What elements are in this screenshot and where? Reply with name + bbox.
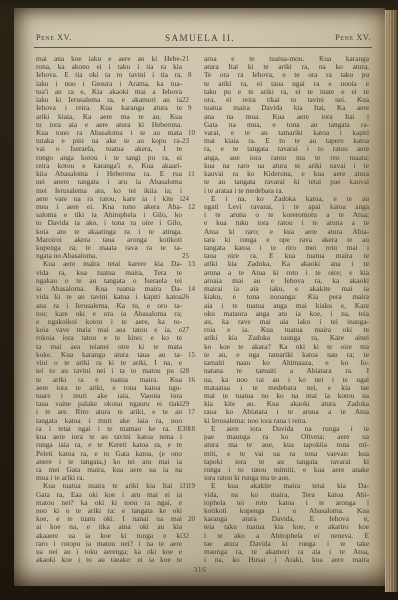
verse-number: 15 [188,351,202,359]
page-number: 316 [14,565,386,574]
book-fore-edge [385,10,398,592]
verse-number: 27 [182,326,196,334]
verse-number: 8 [188,71,202,79]
verse-number: 30 [182,425,196,433]
verse-number: 31 [182,482,196,490]
verse-number: 17 [188,408,202,416]
text-line: i na, ko Husai i Araki, kua aere maira [204,556,369,564]
verse-number: 13 [188,260,202,268]
verse-number: 16 [188,376,202,384]
verse-number: 23 [182,137,196,145]
verse-number: 28 [182,367,196,375]
running-head-title: SAMUELA II. [14,33,386,43]
running-head-right: Pene XV. [335,33,371,42]
verse-number: 9 [188,104,202,112]
verse-number: 29 [182,400,196,408]
verse-number: 32 [182,532,196,540]
verse-number: 21 [182,55,196,63]
verse-number: 26 [182,293,196,301]
verse-number: 24 [182,195,196,203]
verse-number: 10 [188,129,202,137]
book-scan: Pene XV. SAMUELA II. Pene XV. mai ana ko… [0,0,398,600]
verse-number: 20 [188,515,202,523]
verse-number: 14 [188,285,202,293]
text-line: akaoki koe i to au taeake: ei ia koe te [36,556,182,564]
header-rule [34,47,372,48]
page: Pene XV. SAMUELA II. Pene XV. mai ana ko… [14,8,386,586]
verse-number: 22 [182,96,196,104]
verse-number: 25 [182,252,196,260]
verse-number: 11 [188,170,202,178]
text-column-right: aroa e te tuatua-mou. Kua karanga21atura… [204,55,369,565]
text-column-left: mai ana koe iaku e aere au ki Hebe-rona,… [36,55,182,565]
verse-number: 12 [188,203,202,211]
